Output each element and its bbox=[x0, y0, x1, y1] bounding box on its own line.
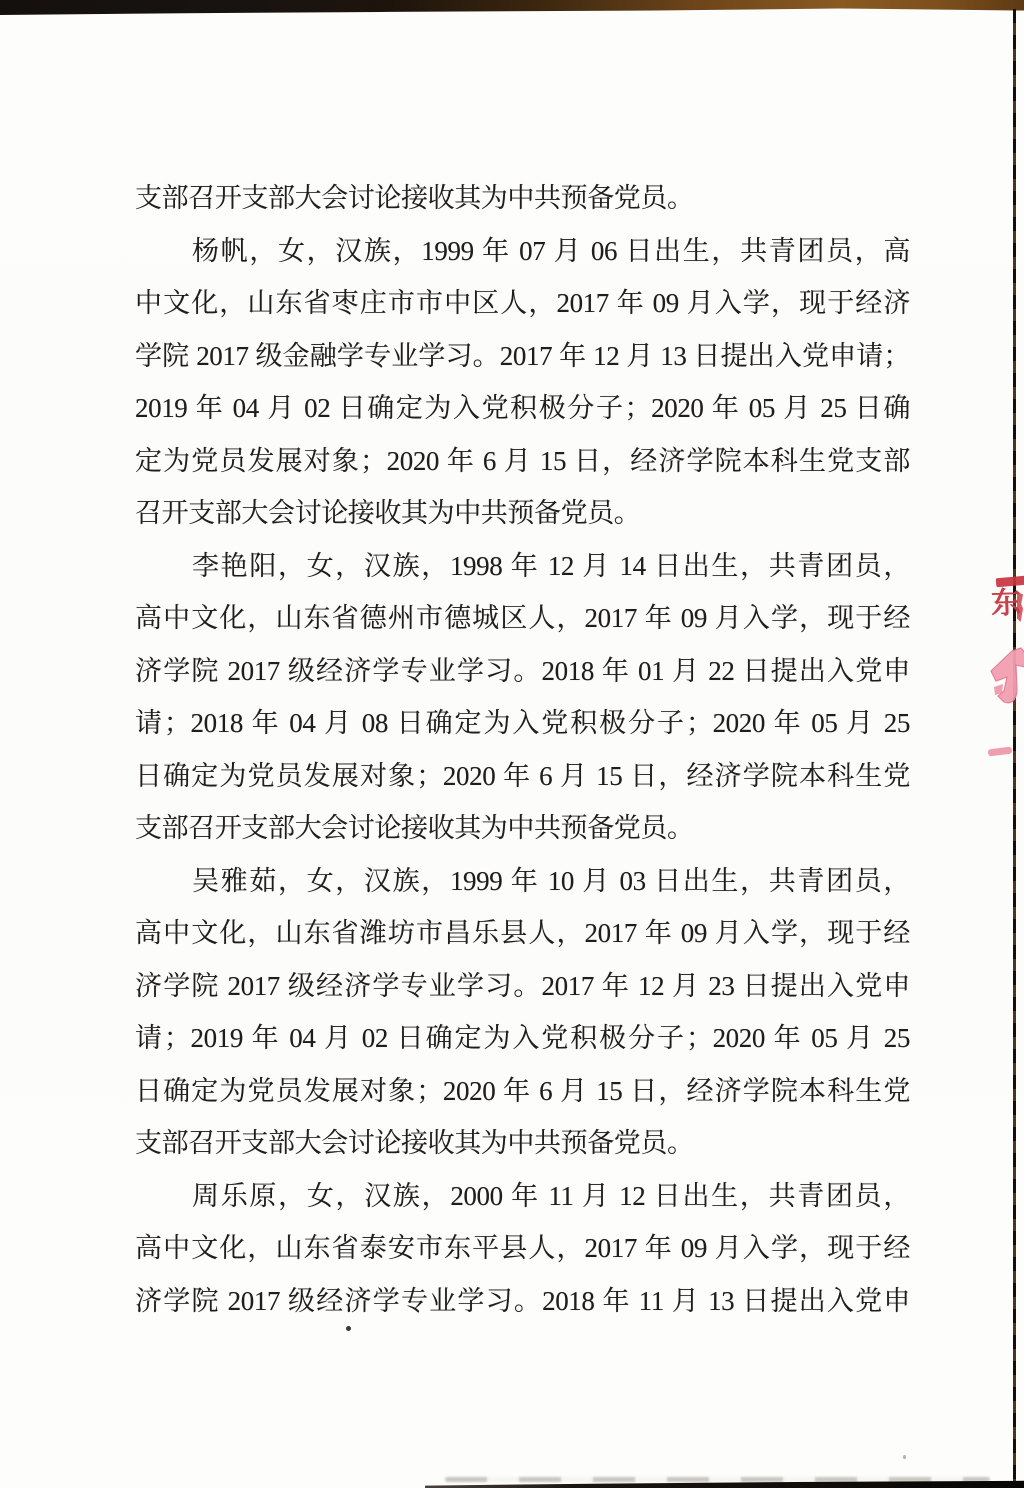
text-line: 日确定为党员发展对象；2020 年 6 月 15 日，经济学院本科生党 bbox=[135, 1065, 910, 1118]
stamp-character: 东 bbox=[990, 587, 1021, 620]
scan-smudge bbox=[445, 1477, 990, 1482]
text-line: 定为党员发展对象；2020 年 6 月 15 日，经济学院本科生党支部 bbox=[135, 435, 910, 488]
stamp-tick-icon bbox=[988, 747, 1013, 757]
text-line: 请；2018 年 04 月 08 日确定为入党积极分子；2020 年 05 月 … bbox=[135, 697, 910, 750]
scan-speck bbox=[903, 1455, 906, 1459]
text-line: 高中文化，山东省潍坊市昌乐县人，2017 年 09 月入学，现于经 bbox=[135, 907, 910, 960]
book-edge-top bbox=[0, 0, 1024, 17]
text-line: 周乐原，女，汉族，2000 年 11 月 12 日出生，共青团员， bbox=[135, 1170, 910, 1223]
text-line: 支部召开支部大会讨论接收其为中共预备党员。 bbox=[135, 172, 910, 225]
text-line: 请；2019 年 04 月 02 日确定为入党积极分子；2020 年 05 月 … bbox=[135, 1012, 910, 1065]
text-line: 吴雅茹，女，汉族，1999 年 10 月 03 日出生，共青团员， bbox=[135, 855, 910, 908]
page-edge-right bbox=[1013, 9, 1016, 1488]
text-line: 杨帆，女，汉族，1999 年 07 月 06 日出生，共青团员，高 bbox=[135, 225, 910, 278]
text-line: 高中文化，山东省泰安市东平县人，2017 年 09 月入学，现于经 bbox=[135, 1222, 910, 1275]
text-line: 支部召开支部大会讨论接收其为中共预备党员。 bbox=[135, 802, 910, 855]
text-line: 李艳阳，女，汉族，1998 年 12 月 14 日出生，共青团员， bbox=[135, 540, 910, 593]
text-line: 2019 年 04 月 02 日确定为入党积极分子；2020 年 05 月 25… bbox=[135, 382, 910, 435]
text-line: 支部召开支部大会讨论接收其为中共预备党员。 bbox=[135, 1117, 910, 1170]
text-line: 召开支部大会讨论接收其为中共预备党员。 bbox=[135, 487, 910, 540]
text-line: 济学院 2017 级经济学专业学习。2018 年 01 月 22 日提出入党申 bbox=[135, 645, 910, 698]
scanned-page: 支部召开支部大会讨论接收其为中共预备党员。 杨帆，女，汉族，1999 年 07 … bbox=[0, 0, 1024, 1488]
text-line: 高中文化，山东省德州市德城区人，2017 年 09 月入学，现于经 bbox=[135, 592, 910, 645]
document-text-block: 支部召开支部大会讨论接收其为中共预备党员。 杨帆，女，汉族，1999 年 07 … bbox=[135, 172, 910, 1327]
stamp-partial-stroke-icon bbox=[1017, 592, 1023, 622]
text-line: 济学院 2017 级经济学专业学习。2018 年 11 月 13 日提出入党申 bbox=[135, 1275, 910, 1328]
scan-speck bbox=[346, 1326, 351, 1331]
stamp-blob-icon bbox=[988, 645, 1024, 725]
text-line: 济学院 2017 级经济学专业学习。2017 年 12 月 23 日提出入党申 bbox=[135, 960, 910, 1013]
text-line: 学院 2017 级金融学专业学习。2017 年 12 月 13 日提出入党申请； bbox=[135, 330, 910, 383]
text-line: 中文化，山东省枣庄市市中区人，2017 年 09 月入学，现于经济 bbox=[135, 277, 910, 330]
text-line: 日确定为党员发展对象；2020 年 6 月 15 日，经济学院本科生党 bbox=[135, 750, 910, 803]
